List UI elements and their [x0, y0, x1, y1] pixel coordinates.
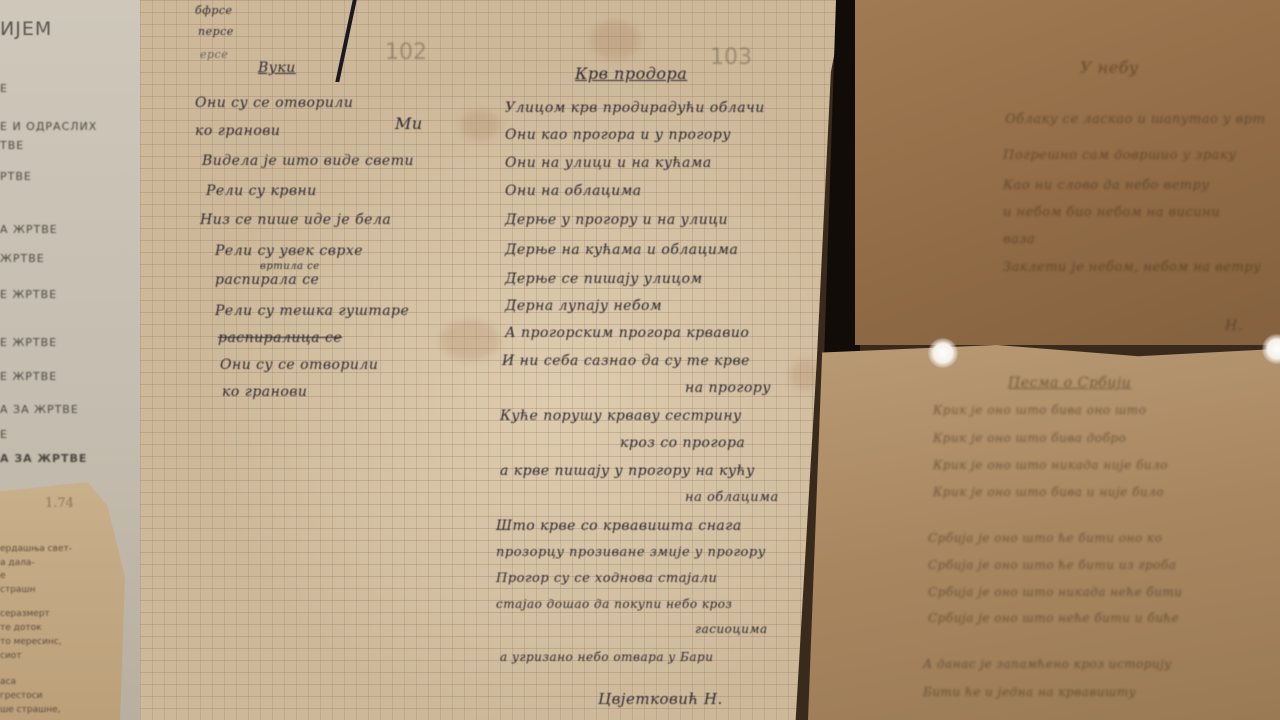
- document-title: У небу: [1080, 58, 1139, 77]
- torn-note-line: то мересинс,: [0, 637, 62, 647]
- poem-line-with-strike: распиралица се: [218, 330, 342, 346]
- margin-note: бфрсе: [195, 4, 233, 17]
- document-line: Крик је оно што бива добро: [933, 431, 1126, 445]
- placard-item: Е ЖРТВЕ: [0, 370, 57, 383]
- poem-line: на облацима: [685, 490, 779, 505]
- poem-title-right: Крв продора: [575, 64, 687, 83]
- poem-line: стајао дошао да покупи небо кроз: [496, 597, 732, 611]
- margin-note: ерсе: [200, 48, 228, 61]
- document-line: А данас је запамћено кроз историју: [923, 657, 1172, 671]
- poem-line: Они као прогора и у прогору: [505, 127, 731, 143]
- poem-line: Видела је што виде свети: [202, 153, 414, 169]
- document-line: Заклети је небом, небом на ветру: [1003, 260, 1261, 275]
- document-line: ваза: [1003, 232, 1035, 247]
- poem-line: Куће порушу крваву сестрину: [500, 408, 742, 424]
- placard-item: Е: [0, 428, 8, 441]
- poem-line: Низ се пише иде је бела: [200, 212, 391, 228]
- poem-line: Рели су тешка гуштаре: [215, 303, 409, 319]
- torn-note-line: е: [0, 571, 6, 581]
- document-line: и небом био небом на висини: [1003, 205, 1220, 220]
- poem-line: прозорцу прозиване змије у прогору: [496, 545, 766, 560]
- document-line: Крик је оно што бива и није било: [933, 485, 1164, 499]
- torn-note-line: грестоси: [0, 691, 42, 701]
- poem-line: Што крве со крвавишта снага: [496, 518, 742, 534]
- torn-note-line: страшн: [0, 585, 36, 595]
- poem-line: Дерње се пишају улицом: [505, 271, 703, 287]
- poem-line: а угризано небо отвара у Бари: [500, 650, 713, 664]
- page-number-right: 103: [710, 45, 752, 70]
- placard-item: А ЗА ЖРТВЕ: [0, 452, 87, 465]
- poem-line: А прогорским прогора крвавио: [505, 325, 749, 341]
- placard-item: А ЖРТВЕ: [0, 223, 58, 236]
- poem-line: Они су се отворили: [220, 357, 378, 373]
- poem-line: Дерње у прогору и на улици: [505, 212, 728, 228]
- poem-line: Они на облацима: [505, 183, 642, 199]
- annotation: Ми: [395, 114, 423, 133]
- document-line: Крик је оно што никада није било: [933, 458, 1168, 472]
- poem-line: Рели су увек сврхе: [215, 243, 363, 259]
- poem-line: Дерње на кућама и облацима: [505, 242, 738, 258]
- poem-line: Улицом крв продирадући облачи: [505, 100, 765, 116]
- poem-line: ко гранови: [195, 123, 280, 139]
- poem-line: Рели су крвни: [206, 183, 317, 199]
- struck-text: распиралица се: [218, 330, 342, 346]
- margin-note: персе: [198, 25, 234, 38]
- placard-item: ТВЕ: [0, 139, 24, 152]
- signature: Цвјетковић Н.: [598, 690, 723, 708]
- poem-line: Прогор су се ходнова стајали: [496, 571, 717, 586]
- torn-note-line: ше страшне,: [0, 705, 61, 715]
- document-signature: Н.: [1225, 318, 1243, 334]
- document-line: Као ни слово да небо ветру: [1003, 178, 1209, 193]
- poem-line: Они су се отворили: [195, 95, 353, 111]
- torn-note-number: 1.74: [45, 496, 74, 511]
- torn-note-line: аса: [0, 677, 16, 687]
- placard-item: ЖРТВЕ: [0, 252, 45, 265]
- poem-title-left: Вуки: [258, 60, 296, 76]
- lower-right-document: Песма о Србији Крик је оно што бива оно …: [808, 345, 1280, 720]
- poem-line: И ни себа сазнао да су те крве: [502, 353, 750, 369]
- poem-line: а крве пишају у прогору на кућу: [500, 463, 755, 479]
- poem-line: Они на улици и на кућама: [505, 155, 712, 171]
- poem-line: Дерна лупају небом: [505, 298, 662, 314]
- insertion-note: вртила се: [260, 261, 320, 272]
- torn-note-line: серазмерт: [0, 609, 50, 619]
- placard-item: А ЗА ЖРТВЕ: [0, 403, 79, 416]
- placard-item: Е ЖРТВЕ: [0, 288, 57, 301]
- torn-note: 1.74 ердашња свет- а дала- е страшн сера…: [0, 482, 125, 720]
- poem-line: гасиоцима: [695, 622, 768, 636]
- torn-note-line: ердашња свет-: [0, 544, 72, 554]
- document-line: Бити ће и једна на крвавишту: [923, 685, 1136, 699]
- document-line: Србија је оно што ће бити из гроба: [928, 558, 1176, 572]
- poem-line: кроз со прогора: [620, 435, 745, 451]
- upper-right-document: У небу Облаку се ласкао и шапутао у врт …: [855, 0, 1280, 345]
- poem-line: распирала се: [215, 272, 319, 288]
- torn-note-line: те доток: [0, 623, 42, 633]
- pen-stroke: [335, 0, 356, 82]
- document-line: Србија је оно што ће бити оно ко: [928, 531, 1162, 545]
- light-reflection: [928, 338, 958, 368]
- page-number-left: 102: [385, 40, 427, 65]
- document-line: Облаку се ласкао и шапутао у врт: [1005, 112, 1265, 127]
- document-line: Србија је оно што никада неће бити: [928, 585, 1183, 599]
- placard-item: Е ЖРТВЕ: [0, 336, 57, 349]
- poem-line: ко гранови: [222, 384, 307, 400]
- notebook-sheet: 102 бфрсе персе ерсе Вуки Ми Они су се о…: [140, 0, 845, 720]
- poem-line: на прогору: [685, 380, 771, 396]
- placard-heading: ИЈЕМ: [0, 18, 52, 40]
- torn-note-line: сиот: [0, 651, 22, 661]
- document-line: Погрешно сам довршио у зраку: [1003, 148, 1236, 163]
- placard-item: Е: [0, 82, 8, 95]
- document-line: Крик је оно што бива оно што: [933, 403, 1146, 417]
- placard-item: РТВЕ: [0, 170, 32, 183]
- torn-note-line: а дала-: [0, 558, 35, 568]
- placard-item: Е И ОДРАСЛИХ: [0, 120, 97, 133]
- document-line: Србија је оно што неће бити и биће: [928, 611, 1179, 625]
- document-title: Песма о Србији: [1008, 375, 1131, 391]
